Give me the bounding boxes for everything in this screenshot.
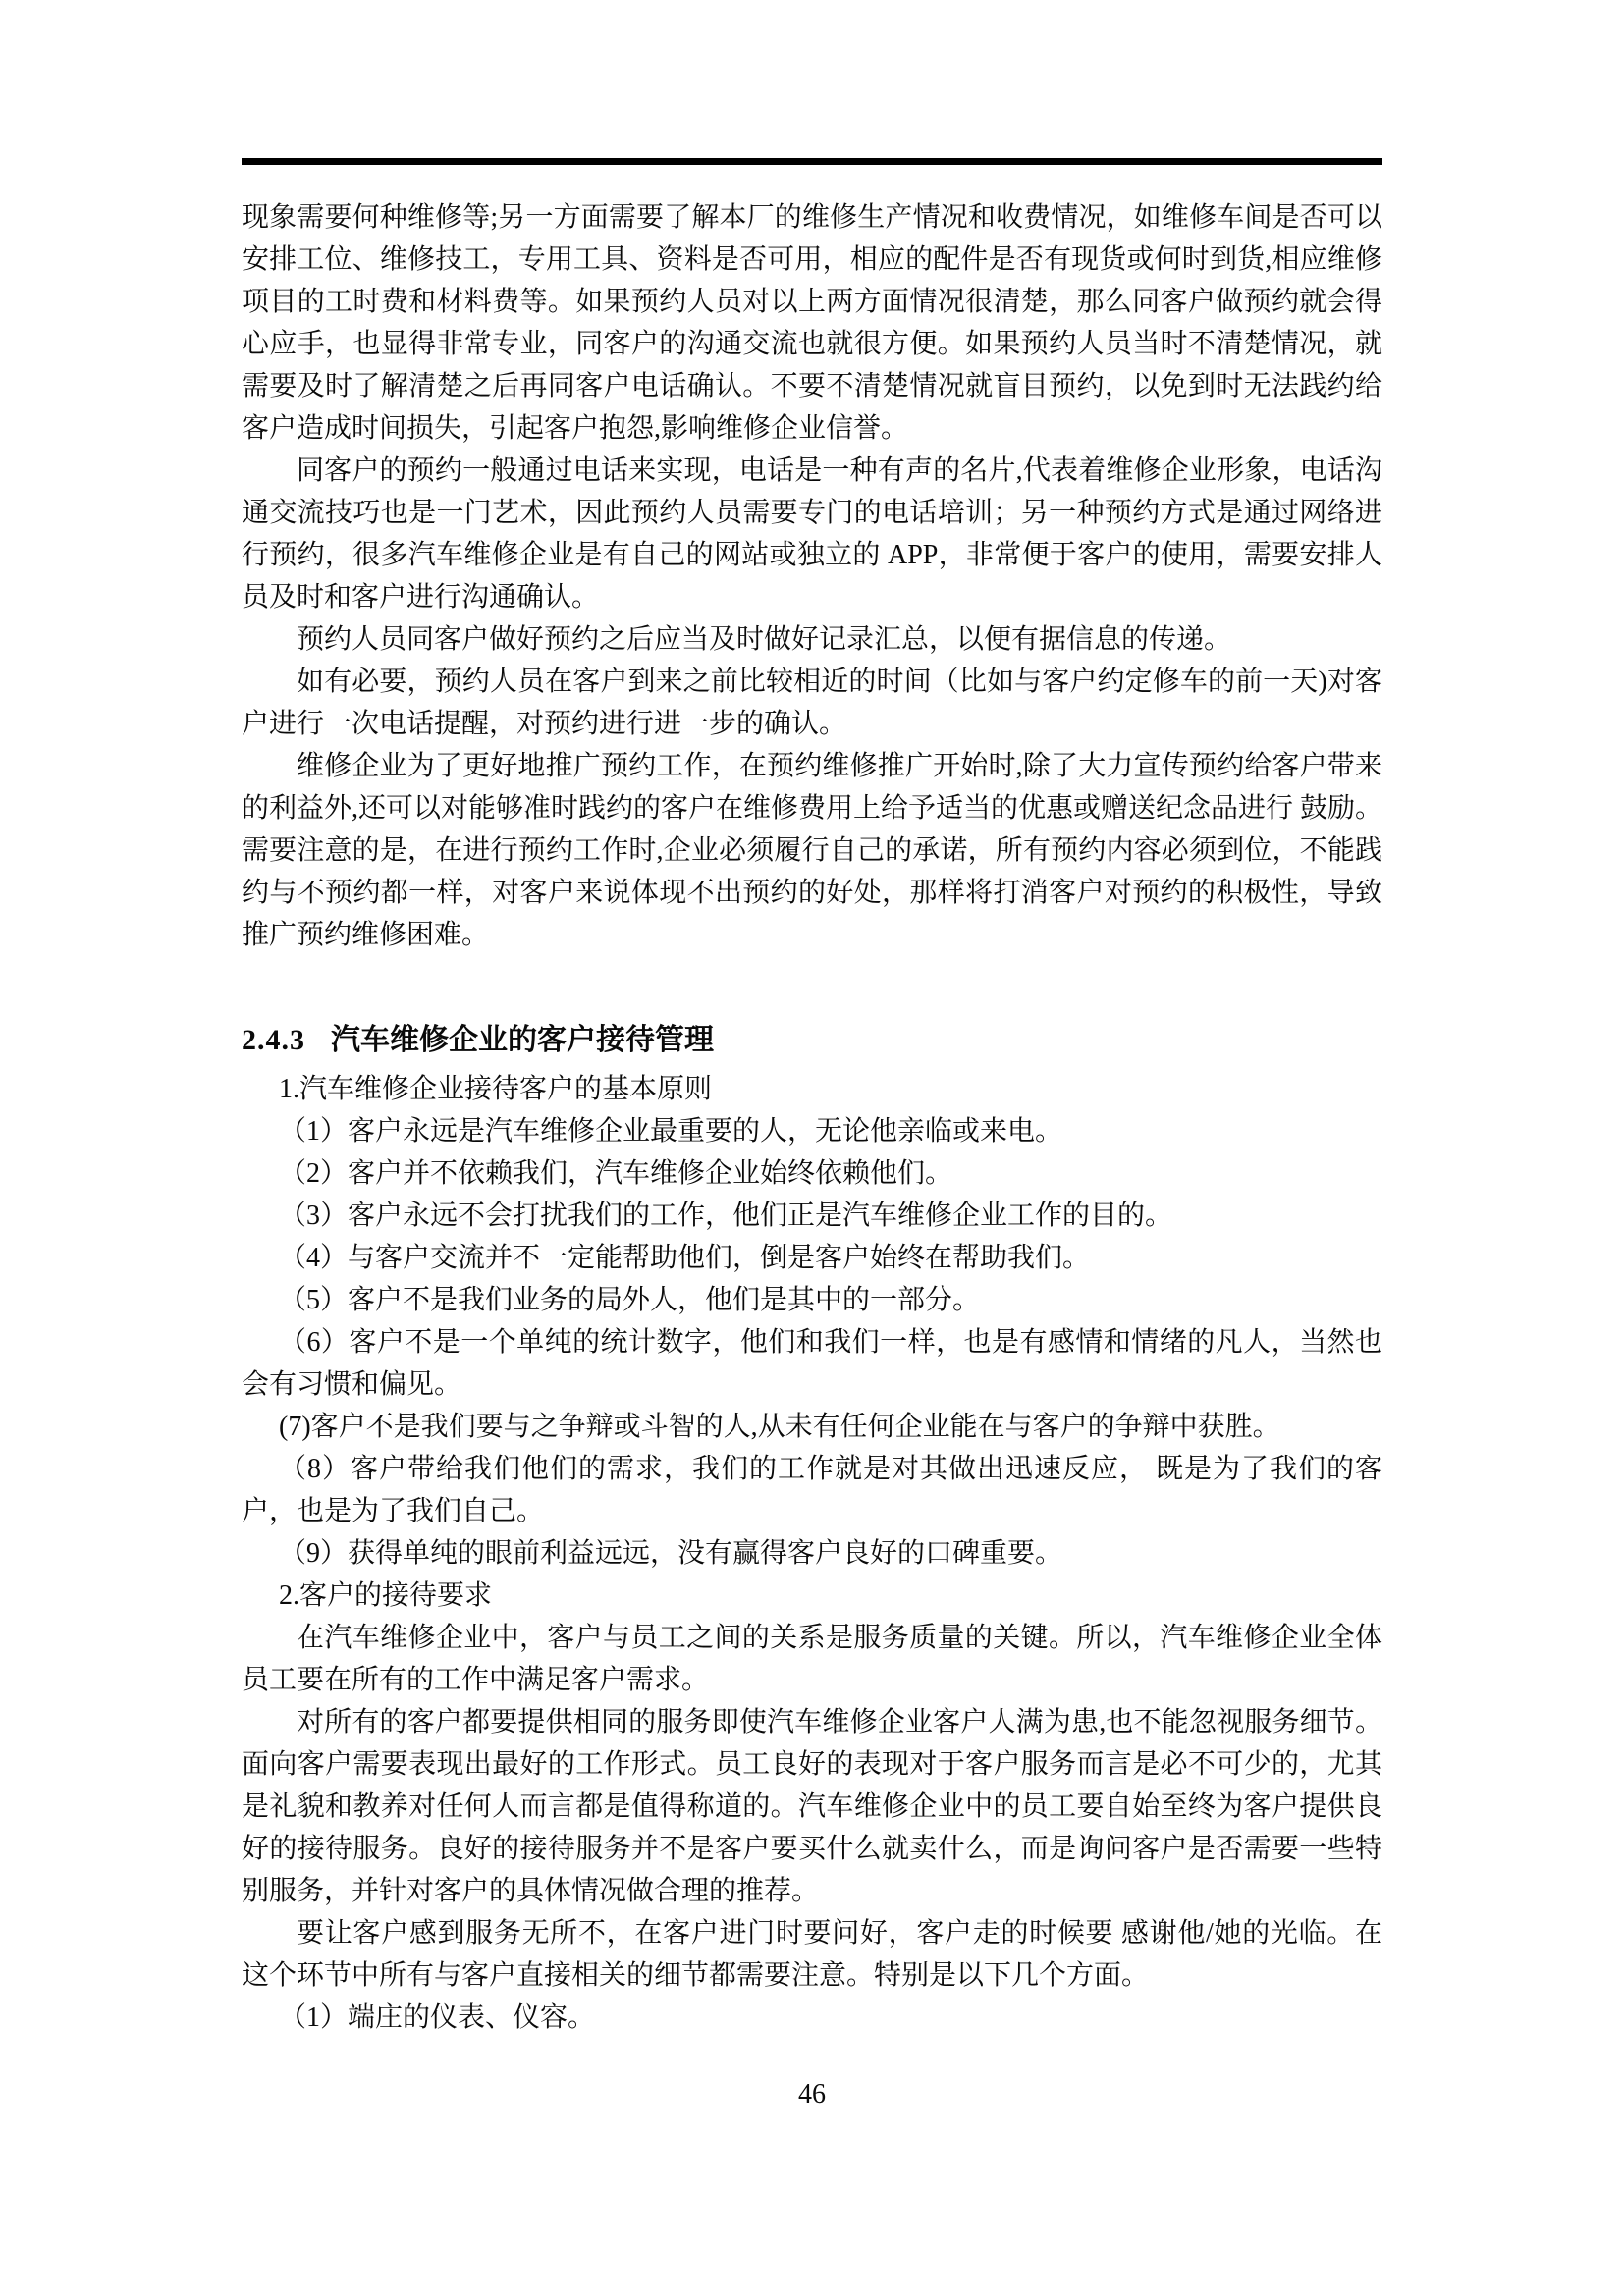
page-content: 现象需要何种维修等;另一方面需要了解本厂的维修生产情况和收费情况，如维修车间是否… <box>242 196 1382 2039</box>
list-item: (7)客户不是我们要与之争辩或斗智的人,从未有任何企业能在与客户的争辩中获胜。 <box>242 1406 1382 1448</box>
list-item: （8）客户带给我们他们的需求，我们的工作就是对其做出迅速反应， 既是为了我们的客… <box>242 1448 1382 1532</box>
paragraph: 如有必要，预约人员在客户到来之前比较相近的时间（比如与客户约定修车的前一天)对客… <box>242 661 1382 745</box>
list-item: （1）端庄的仪表、仪容。 <box>242 1997 1382 2039</box>
paragraph: 同客户的预约一般通过电话来实现，电话是一种有声的名片,代表着维修企业形象，电话沟… <box>242 450 1382 618</box>
paragraph: 在汽车维修企业中，客户与员工之间的关系是服务质量的关键。所以，汽车维修企业全体员… <box>242 1617 1382 1701</box>
paragraph: 维修企业为了更好地推广预约工作，在预约维修推广开始时,除了大力宣传预约给客户带来… <box>242 745 1382 956</box>
paragraph: 要让客户感到服务无所不，在客户进门时要问好，客户走的时候要 感谢他/她的光临。在… <box>242 1912 1382 1997</box>
numbered-subheading: 1.汽车维修企业接待客户的基本原则 <box>242 1068 1382 1110</box>
section-heading: 2.4.3汽车维修企业的客户接待管理 <box>242 1019 1382 1062</box>
section-title: 汽车维修企业的客户接待管理 <box>331 1024 714 1056</box>
numbered-subheading: 2.客户的接待要求 <box>242 1575 1382 1617</box>
header-rule <box>242 158 1382 165</box>
document-page: 现象需要何种维修等;另一方面需要了解本厂的维修生产情况和收费情况，如维修车间是否… <box>0 0 1624 2296</box>
page-number: 46 <box>798 2079 826 2109</box>
paragraph: 对所有的客户都要提供相同的服务即使汽车维修企业客户人满为患,也不能忽视服务细节。… <box>242 1701 1382 1912</box>
section-number: 2.4.3 <box>242 1024 305 1056</box>
list-item: （3）客户永远不会打扰我们的工作，他们正是汽车维修企业工作的目的。 <box>242 1195 1382 1237</box>
list-item: （1）客户永远是汽车维修企业最重要的人，无论他亲临或来电。 <box>242 1110 1382 1152</box>
list-item: （6）客户不是一个单纯的统计数字，他们和我们一样，也是有感情和情绪的凡人，当然也… <box>242 1321 1382 1406</box>
paragraph: 预约人员同客户做好预约之后应当及时做好记录汇总，以便有据信息的传递。 <box>242 618 1382 661</box>
page-footer: 46 <box>0 2073 1624 2115</box>
paragraph: 现象需要何种维修等;另一方面需要了解本厂的维修生产情况和收费情况，如维修车间是否… <box>242 196 1382 450</box>
list-item: （5）客户不是我们业务的局外人，他们是其中的一部分。 <box>242 1279 1382 1321</box>
list-item: （4）与客户交流并不一定能帮助他们，倒是客户始终在帮助我们。 <box>242 1237 1382 1279</box>
list-item: （2）客户并不依赖我们，汽车维修企业始终依赖他们。 <box>242 1152 1382 1195</box>
list-item: （9）获得单纯的眼前利益远远，没有赢得客户良好的口碑重要。 <box>242 1532 1382 1575</box>
